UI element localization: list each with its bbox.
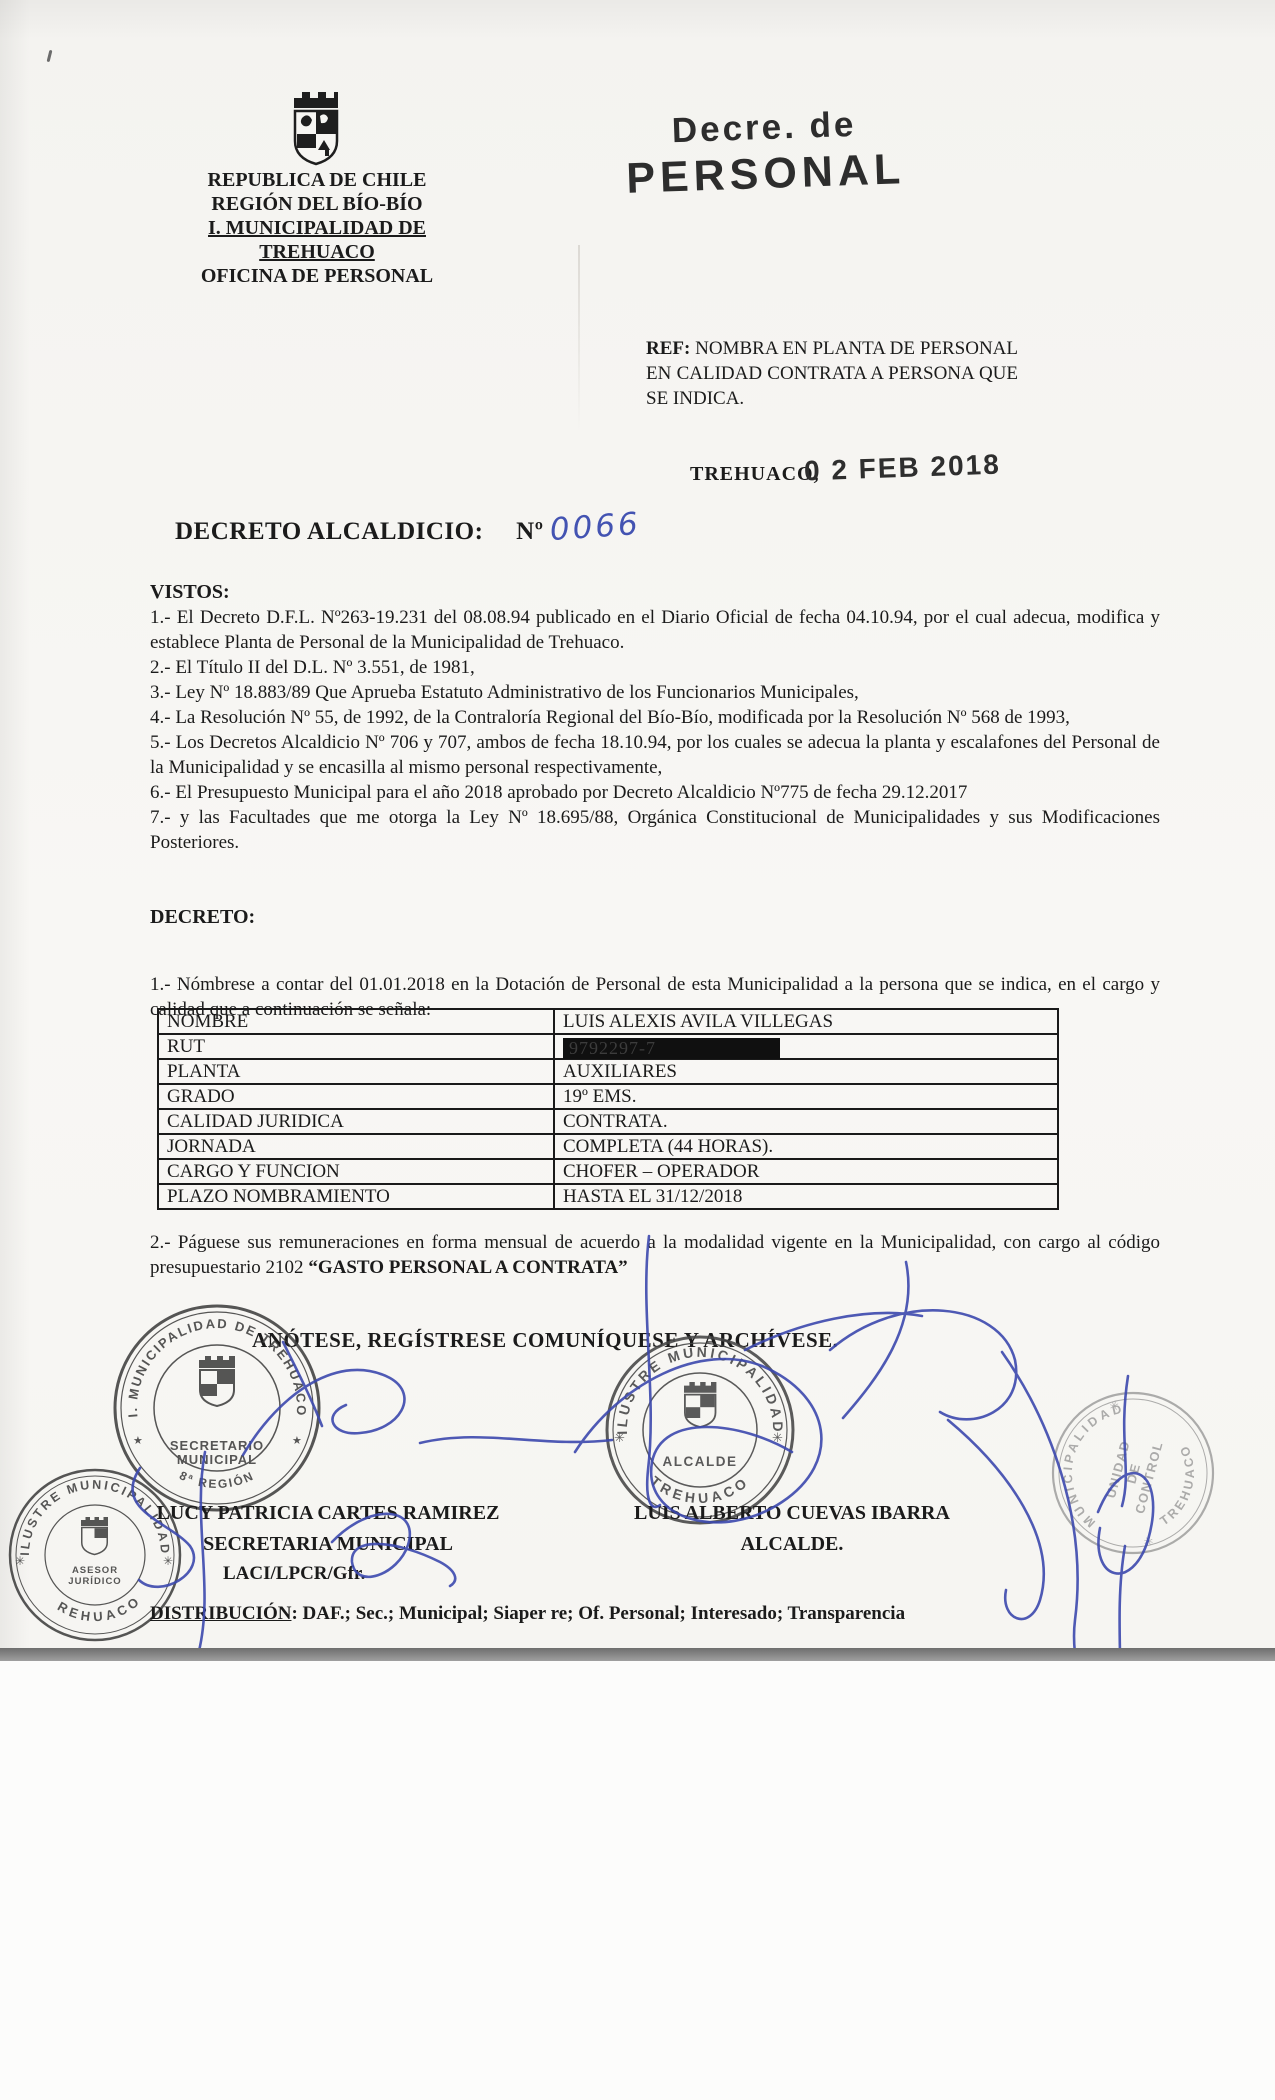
coat-of-arms-icon (278, 92, 354, 172)
alcalde-title: ALCALDE. (602, 1529, 982, 1560)
payment-text: 2.- Páguese sus remuneraciones en forma … (150, 1232, 1160, 1278)
row-label: NOMBRE (158, 1009, 554, 1034)
vistos-item-4: 4.- La Resolución Nº 55, de 1992, de la … (150, 705, 1160, 730)
table-row: GRADO 19º EMS. (158, 1084, 1058, 1109)
letterhead: REPUBLICA DE CHILE REGIÓN DEL BÍO-BÍO I.… (150, 168, 484, 288)
row-label: GRADO (158, 1084, 554, 1109)
signature-block-secretaria: LUCY PATRICIA CARTES RAMIREZ SECRETARIA … (138, 1498, 518, 1560)
row-label: PLAZO NOMBRAMIENTO (158, 1184, 554, 1209)
scan-speck (47, 50, 53, 62)
scan-edge-band (0, 1648, 1275, 1661)
secretario-stamp-title-line2: MUNICIPAL (177, 1452, 257, 1467)
row-value: HASTA EL 31/12/2018 (554, 1184, 1058, 1209)
payment-paragraph: 2.- Páguese sus remuneraciones en forma … (150, 1230, 1160, 1280)
decree-title: DECRETO ALCALDICIO: (175, 518, 483, 545)
row-label: JORNADA (158, 1134, 554, 1159)
vistos-item-5: 5.- Los Decretos Alcaldicio Nº 706 y 707… (150, 730, 1160, 780)
secretario-stamp-crest-icon (199, 1356, 235, 1406)
row-value: COMPLETA (44 HORAS). (554, 1134, 1058, 1159)
row-label: CARGO Y FUNCION (158, 1159, 554, 1184)
ref-label: REF: (646, 338, 690, 359)
table-row: NOMBRE LUIS ALEXIS AVILA VILLEGAS (158, 1009, 1058, 1034)
letterhead-office: OFICINA DE PERSONAL (150, 264, 484, 288)
decree-number-line: DECRETO ALCALDICIO: Nº 0066 (175, 511, 641, 547)
table-row: CARGO Y FUNCION CHOFER – OPERADOR (158, 1159, 1058, 1184)
row-label: RUT (158, 1034, 554, 1059)
ref-text: NOMBRA EN PLANTA DE PERSONAL EN CALIDAD … (646, 338, 1018, 409)
alcalde-name: LUIS ALBERTO CUEVAS IBARRA (602, 1498, 982, 1529)
personnel-decree-stamp-line2: PERSONAL (600, 144, 932, 204)
decreto-section: DECRETO: 1.- Nómbrese a contar del 01.01… (150, 905, 1160, 1022)
star-icon: ★ (292, 1435, 302, 1447)
row-label: CALIDAD JURIDICA (158, 1109, 554, 1134)
table-row: CALIDAD JURIDICA CONTRATA. (158, 1109, 1058, 1134)
secretario-stamp-bottom-text: 8ª REGIÓN (177, 1468, 256, 1491)
ref-block: REF: NOMBRA EN PLANTA DE PERSONAL EN CAL… (646, 336, 1018, 411)
row-label: PLANTA (158, 1059, 554, 1084)
row-value: 9792297-7 (554, 1034, 1058, 1059)
date-stamp: 0 2 FEB 2018 (804, 449, 1002, 488)
vistos-item-1: 1.- El Decreto D.F.L. Nº263-19.231 del 0… (150, 605, 1160, 655)
secretaria-title: SECRETARIA MUNICIPAL (138, 1529, 518, 1560)
alcalde-stamp-crest-icon (684, 1382, 716, 1427)
scanned-decree-page: REPUBLICA DE CHILE REGIÓN DEL BÍO-BÍO I.… (0, 0, 1275, 2100)
appointment-table: NOMBRE LUIS ALEXIS AVILA VILLEGAS RUT 97… (157, 1008, 1059, 1210)
row-value: 19º EMS. (554, 1084, 1058, 1109)
vistos-section: VISTOS: 1.- El Decreto D.F.L. Nº263-19.2… (150, 580, 1160, 855)
rut-redaction-box: 9792297-7 (563, 1038, 780, 1059)
table-row: PLANTA AUXILIARES (158, 1059, 1058, 1084)
secretaria-name: LUCY PATRICIA CARTES RAMIREZ (138, 1498, 518, 1529)
decree-number-handwritten: 0066 (549, 506, 642, 548)
row-value: LUIS ALEXIS AVILA VILLEGAS (554, 1009, 1058, 1034)
paper-crease (578, 245, 580, 430)
row-value: CHOFER – OPERADOR (554, 1159, 1058, 1184)
svg-text:8ª REGIÓN: 8ª REGIÓN (177, 1468, 256, 1491)
vistos-item-2: 2.- El Título II del D.L. Nº 3.551, de 1… (150, 655, 1160, 680)
table-row: RUT 9792297-7 (158, 1034, 1058, 1059)
decreto-title: DECRETO: (150, 905, 1160, 930)
asesor-stamp-center-line1: ASESOR (72, 1565, 118, 1576)
payment-bold: “GASTO PERSONAL A CONTRATA” (308, 1257, 627, 1278)
asesor-stamp-crest-icon (81, 1517, 108, 1555)
distribution-line: DISTRIBUCIÓN: DAF.; Sec.; Municipal; Sia… (150, 1603, 905, 1625)
secretario-stamp-title-line1: SECRETARIO (170, 1438, 264, 1453)
star-icon: ★ (133, 1435, 143, 1447)
star-icon: ✳ (614, 1430, 625, 1445)
decree-number-prefix: Nº (516, 518, 543, 545)
vistos-item-3: 3.- Ley Nº 18.883/89 Que Aprueba Estatut… (150, 680, 1160, 705)
star-icon: ✳ (772, 1430, 783, 1445)
initials-line: LACI/LPCR/Gfr. (223, 1563, 365, 1585)
place-label: TREHUACO, (690, 463, 820, 486)
vistos-item-7: 7.- y las Facultades que me otorga la Le… (150, 805, 1160, 855)
vistos-title: VISTOS: (150, 580, 1160, 605)
row-value: CONTRATA. (554, 1109, 1058, 1134)
personnel-decree-stamp: Decre. de PERSONAL (599, 102, 932, 204)
distribution-text: : DAF.; Sec.; Municipal; Siaper re; Of. … (291, 1603, 905, 1624)
table-row: PLAZO NOMBRAMIENTO HASTA EL 31/12/2018 (158, 1184, 1058, 1209)
letterhead-country: REPUBLICA DE CHILE (150, 168, 484, 192)
unidad-de-control-stamp-icon: MUNICIPALIDAD TREHUACO ✳ ✳ UNIDAD DE CON… (1029, 1369, 1237, 1577)
blank-scan-area (0, 1661, 1275, 2100)
vistos-item-6: 6.- El Presupuesto Municipal para el año… (150, 780, 1160, 805)
star-icon: ✳ (15, 1554, 25, 1568)
alcalde-stamp-title: ALCALDE (663, 1454, 738, 1469)
letterhead-municipality: I. MUNICIPALIDAD DE TREHUACO (150, 216, 484, 264)
signature-block-alcalde: LUIS ALBERTO CUEVAS IBARRA ALCALDE. (602, 1498, 982, 1560)
letterhead-region: REGIÓN DEL BÍO-BÍO (150, 192, 484, 216)
distribution-label: DISTRIBUCIÓN (150, 1603, 291, 1624)
asesor-stamp-center-line2: JURÍDICO (68, 1576, 121, 1587)
table-row: JORNADA COMPLETA (44 HORAS). (158, 1134, 1058, 1159)
row-value: AUXILIARES (554, 1059, 1058, 1084)
